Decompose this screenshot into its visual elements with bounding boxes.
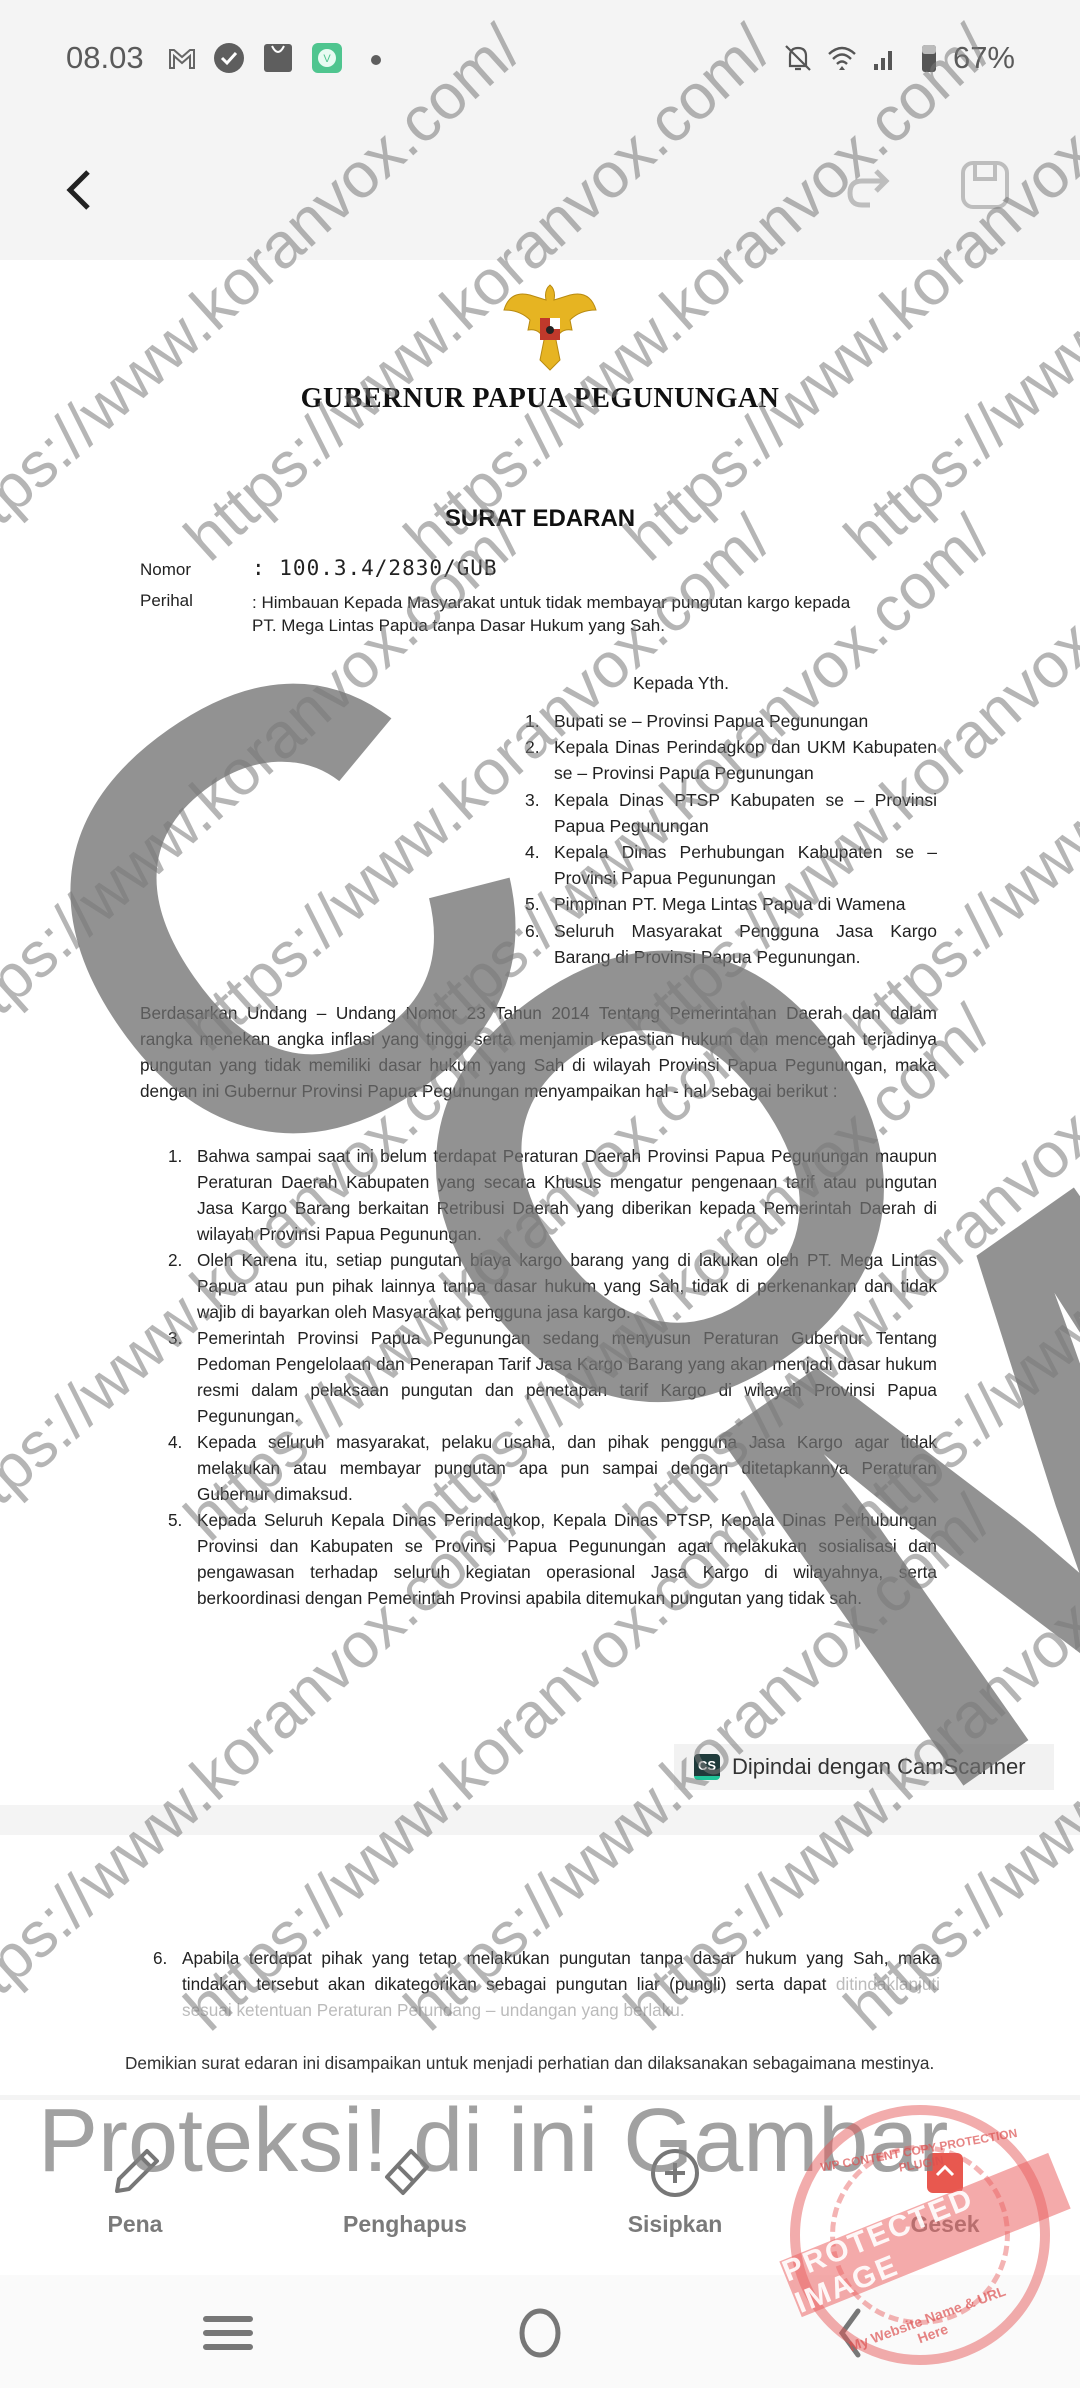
status-bar: 08.03 V 67% — [0, 0, 1080, 120]
check-circle-icon — [213, 42, 245, 74]
garuda-emblem-icon — [500, 270, 600, 380]
point-number: 2. — [168, 1247, 197, 1325]
issuer-title: GUBERNUR PAPUA PEGUNUNGAN — [0, 383, 1080, 415]
status-time: 08.03 — [66, 40, 144, 76]
point-text: Kepada Seluruh Kepala Dinas Perindagkop,… — [197, 1507, 937, 1611]
recipient-text: Kepala Dinas Perindagkop dan UKM Kabupat… — [554, 734, 937, 786]
tool-pen[interactable]: Pena — [0, 2100, 270, 2275]
point-number: 3. — [168, 1325, 197, 1429]
nomor-label: Nomor — [140, 560, 191, 580]
recipient-item: 2.Kepala Dinas Perindagkop dan UKM Kabup… — [525, 734, 937, 786]
chat-app-icon: V — [311, 42, 343, 74]
svg-text:V: V — [323, 53, 331, 65]
point-item: 5.Kepada Seluruh Kepala Dinas Perindagko… — [168, 1507, 937, 1611]
recipient-number: 6. — [525, 918, 554, 970]
recents-icon[interactable] — [198, 2303, 258, 2363]
point-item: 2.Oleh Karena itu, setiap pungutan biaya… — [168, 1247, 937, 1325]
gmail-icon — [166, 42, 198, 74]
tool-label: Pena — [108, 2211, 163, 2238]
recipient-number: 5. — [525, 891, 554, 917]
tool-swipe[interactable]: Gesek — [810, 2100, 1080, 2275]
recipient-text: Kepala Dinas Perhubungan Kabupaten se – … — [554, 839, 937, 891]
recipient-item: 3.Kepala Dinas PTSP Kabupaten se – Provi… — [525, 787, 937, 839]
point-text-main: Apabila terdapat pihak yang tetap melaku… — [182, 1948, 940, 1994]
point-text: Bahwa sampai saat ini belum terdapat Per… — [197, 1143, 937, 1247]
recipient-item: 5.Pimpinan PT. Mega Lintas Papua di Wame… — [525, 891, 937, 917]
recipient-text: Pimpinan PT. Mega Lintas Papua di Wamena — [554, 891, 937, 917]
recipient-item: 4.Kepala Dinas Perhubungan Kabupaten se … — [525, 839, 937, 891]
save-icon[interactable] — [955, 155, 1015, 215]
pen-icon — [107, 2145, 163, 2201]
nomor-value: : 100.3.4/2830/GUB — [252, 557, 852, 580]
perihal-label: Perihal — [140, 591, 193, 611]
battery-percent: 67% — [953, 40, 1015, 76]
system-nav-bar — [0, 2275, 1080, 2388]
document-page-2: 6. Apabila terdapat pihak yang tetap mel… — [0, 1835, 1080, 2095]
swipe-icon — [917, 2145, 973, 2201]
point-number: 4. — [168, 1429, 197, 1507]
recipient-text: Bupati se – Provinsi Papua Pegunungan — [554, 708, 937, 734]
points-list: 1.Bahwa sampai saat ini belum terdapat P… — [168, 1143, 937, 1611]
recipient-number: 1. — [525, 708, 554, 734]
top-action-bar — [0, 120, 1080, 260]
camscanner-logo-icon: CS — [694, 1754, 720, 1780]
recipient-number: 3. — [525, 787, 554, 839]
back-icon[interactable] — [820, 2303, 880, 2363]
camscanner-text: Dipindai dengan CamScanner — [732, 1754, 1026, 1780]
perihal-value: : Himbauan Kepada Masyarakat untuk tidak… — [252, 591, 852, 637]
point-item: 4.Kepada seluruh masyarakat, pelaku usah… — [168, 1429, 937, 1507]
tool-label: Gesek — [910, 2211, 979, 2238]
redo-icon[interactable] — [840, 155, 900, 215]
battery-icon — [912, 42, 944, 74]
point-text: Pemerintah Provinsi Papua Pegunungan sed… — [197, 1325, 937, 1429]
recipient-number: 2. — [525, 734, 554, 786]
point-number: 1. — [168, 1143, 197, 1247]
more-dot-icon — [364, 42, 396, 74]
recipient-item: 1.Bupati se – Provinsi Papua Pegunungan — [525, 708, 937, 734]
document-page-1: GUBERNUR PAPUA PEGUNUNGAN SURAT EDARAN N… — [0, 260, 1080, 1805]
point-number: 5. — [168, 1507, 197, 1611]
point-text: Oleh Karena itu, setiap pungutan biaya k… — [197, 1247, 937, 1325]
shopping-bag-icon — [262, 42, 294, 74]
recipient-text: Seluruh Masyarakat Pengguna Jasa Kargo B… — [554, 918, 937, 970]
bell-off-icon — [782, 42, 814, 74]
recipient-list: 1.Bupati se – Provinsi Papua Pegunungan … — [525, 708, 937, 970]
signal-icon — [870, 42, 902, 74]
recipient-item: 6.Seluruh Masyarakat Pengguna Jasa Kargo… — [525, 918, 937, 970]
recipient-number: 4. — [525, 839, 554, 891]
eraser-icon — [377, 2145, 433, 2201]
point-text: Kepada seluruh masyarakat, pelaku usaha,… — [197, 1429, 937, 1507]
wifi-icon — [826, 42, 858, 74]
tool-label: Penghapus — [343, 2211, 467, 2238]
edit-toolbar: Pena Penghapus Sisipkan Gesek — [0, 2100, 1080, 2275]
recipient-text: Kepala Dinas PTSP Kabupaten se – Provins… — [554, 787, 937, 839]
home-icon[interactable] — [510, 2303, 570, 2363]
point-text: Apabila terdapat pihak yang tetap melaku… — [182, 1945, 940, 2023]
intro-paragraph: Berdasarkan Undang – Undang Nomor 23 Tah… — [140, 1000, 937, 1104]
closing-paragraph: Demikian surat edaran ini disampaikan un… — [125, 2050, 940, 2076]
chevron-left-icon[interactable] — [50, 160, 110, 220]
point-item: 3.Pemerintah Provinsi Papua Pegunungan s… — [168, 1325, 937, 1429]
point-number: 6. — [153, 1945, 182, 2023]
document-heading: SURAT EDARAN — [0, 505, 1080, 533]
point-item: 6. Apabila terdapat pihak yang tetap mel… — [153, 1945, 940, 2023]
recipient-heading: Kepada Yth. — [633, 673, 729, 694]
point-item: 1.Bahwa sampai saat ini belum terdapat P… — [168, 1143, 937, 1247]
tool-label: Sisipkan — [628, 2211, 723, 2238]
tool-insert[interactable]: Sisipkan — [540, 2100, 810, 2275]
insert-plus-icon — [647, 2145, 703, 2201]
tool-eraser[interactable]: Penghapus — [270, 2100, 540, 2275]
points-list-continued: 6. Apabila terdapat pihak yang tetap mel… — [153, 1945, 940, 2023]
camscanner-badge: CS Dipindai dengan CamScanner — [674, 1744, 1054, 1790]
